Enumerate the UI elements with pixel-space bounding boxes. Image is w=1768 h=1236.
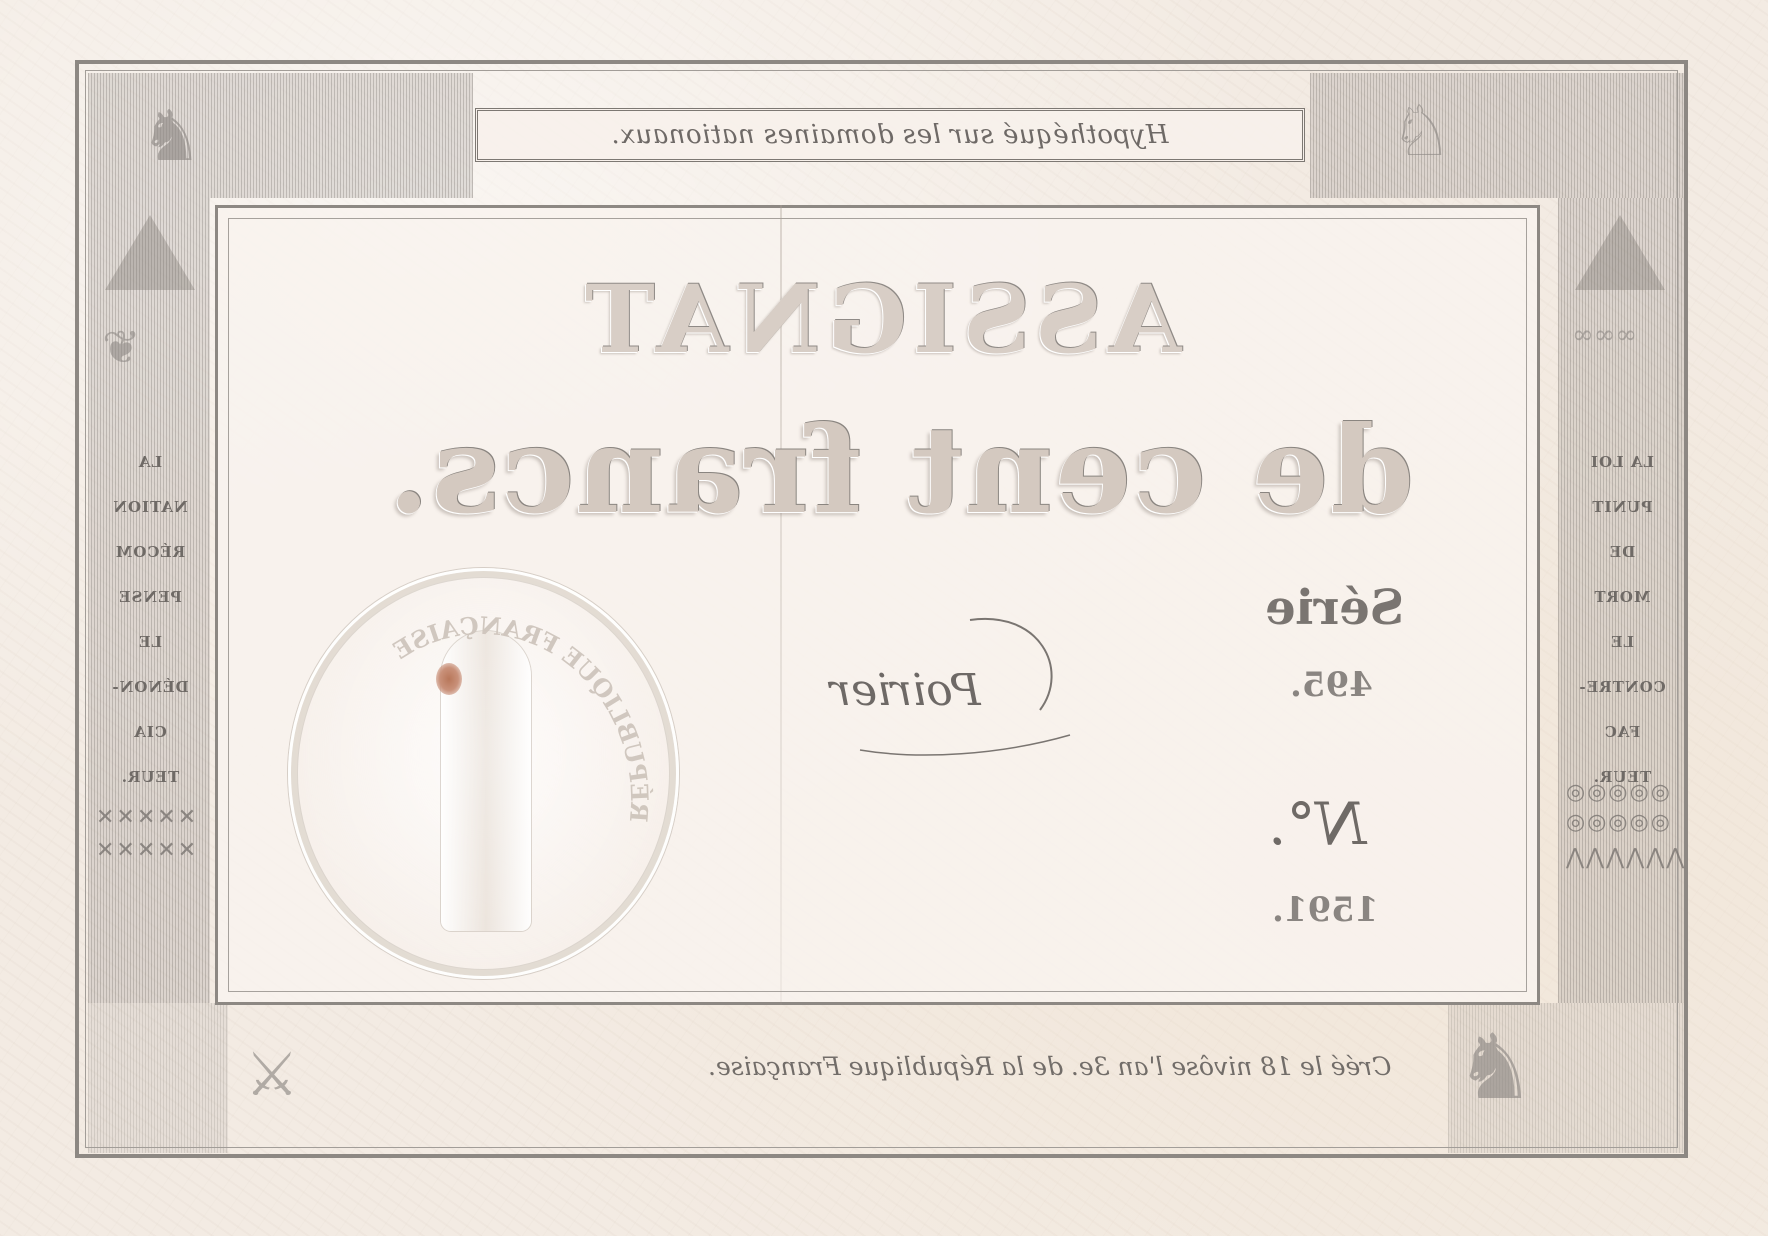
seal-legend: RÉPUBLIQUE FRANÇAISE bbox=[291, 571, 676, 976]
signature-text: Poirier bbox=[830, 665, 981, 716]
left-column-line: LE bbox=[90, 620, 210, 665]
level-triangle-icon bbox=[105, 215, 195, 290]
zigzag-ornament-icon: ⋀⋀⋀⋀⋀⋀ bbox=[1566, 845, 1686, 870]
right-column-line: TEUR. bbox=[1562, 755, 1682, 800]
signature: Poirier bbox=[820, 610, 1080, 760]
right-column-line: PUNIT bbox=[1562, 485, 1682, 530]
chariot-vignette-icon: ♘ bbox=[1390, 90, 1453, 172]
chariot-vignette-icon: ♞ bbox=[140, 95, 203, 177]
dry-seal: RÉPUBLIQUE FRANÇAISE bbox=[288, 568, 679, 979]
left-column-line: NATION bbox=[90, 485, 210, 530]
number-label: N°. bbox=[1268, 790, 1366, 858]
lattice-ornament-icon: ✕✕✕✕✕ bbox=[96, 805, 198, 830]
right-column-line: MORT bbox=[1562, 575, 1682, 620]
left-column-line: TEUR. bbox=[90, 755, 210, 800]
left-column-line: PENSE bbox=[90, 575, 210, 620]
creation-decree-line: Créé le 18 nivôse l'an 3e. de la Républi… bbox=[708, 1052, 1391, 1081]
right-column-line: LA LOI bbox=[1562, 440, 1682, 485]
right-column-line: LE bbox=[1562, 620, 1682, 665]
title-assignat: ASSIGNAT bbox=[500, 265, 1260, 375]
lattice-ornament-icon: ✕✕✕✕✕ bbox=[96, 838, 198, 863]
svg-text:RÉPUBLIQUE FRANÇAISE: RÉPUBLIQUE FRANÇAISE bbox=[388, 611, 654, 824]
hercules-lion-vignette-icon: ♞ bbox=[1455, 1015, 1536, 1120]
creation-decree-text: Créé le 18 nivôse l'an 3e. de la Républi… bbox=[650, 1052, 1450, 1081]
header-text: Hypothéqué sur les domaines nationaux. bbox=[611, 120, 1168, 150]
header-box: Hypothéqué sur les domaines nationaux. bbox=[475, 108, 1305, 162]
reclining-figure-icon: ⚔ bbox=[245, 1040, 299, 1110]
left-column-line: LA bbox=[90, 440, 210, 485]
garland-icon: ∞∞∞ bbox=[1572, 320, 1637, 350]
right-column-line: CONTRE- bbox=[1562, 665, 1682, 710]
right-column-line: FAC bbox=[1562, 710, 1682, 755]
left-column-line: DÉNON- bbox=[90, 665, 210, 710]
left-column-line: RÉCOM bbox=[90, 530, 210, 575]
serie-label: Série bbox=[1265, 580, 1404, 636]
level-triangle-icon bbox=[1575, 215, 1665, 290]
left-column-warning: LA NATION RÉCOM PENSE LE DÉNON- CIA TEUR… bbox=[90, 440, 210, 800]
title-assignat-text: ASSIGNAT bbox=[579, 265, 1182, 375]
right-column-line: DE bbox=[1562, 530, 1682, 575]
left-column-line: CIA bbox=[90, 710, 210, 755]
right-column-warning: LA LOI PUNIT DE MORT LE CONTRE- FAC TEUR… bbox=[1562, 440, 1682, 800]
garland-icon: ❦ bbox=[102, 320, 141, 374]
rosette-row-icon: ◎◎◎◎◎ bbox=[1566, 810, 1672, 835]
number-value: 1591. bbox=[1272, 890, 1378, 930]
serie-value: 495. bbox=[1290, 665, 1373, 705]
title-denomination: de cent francs. bbox=[270, 400, 1530, 541]
title-denomination-text: de cent francs. bbox=[386, 400, 1414, 541]
